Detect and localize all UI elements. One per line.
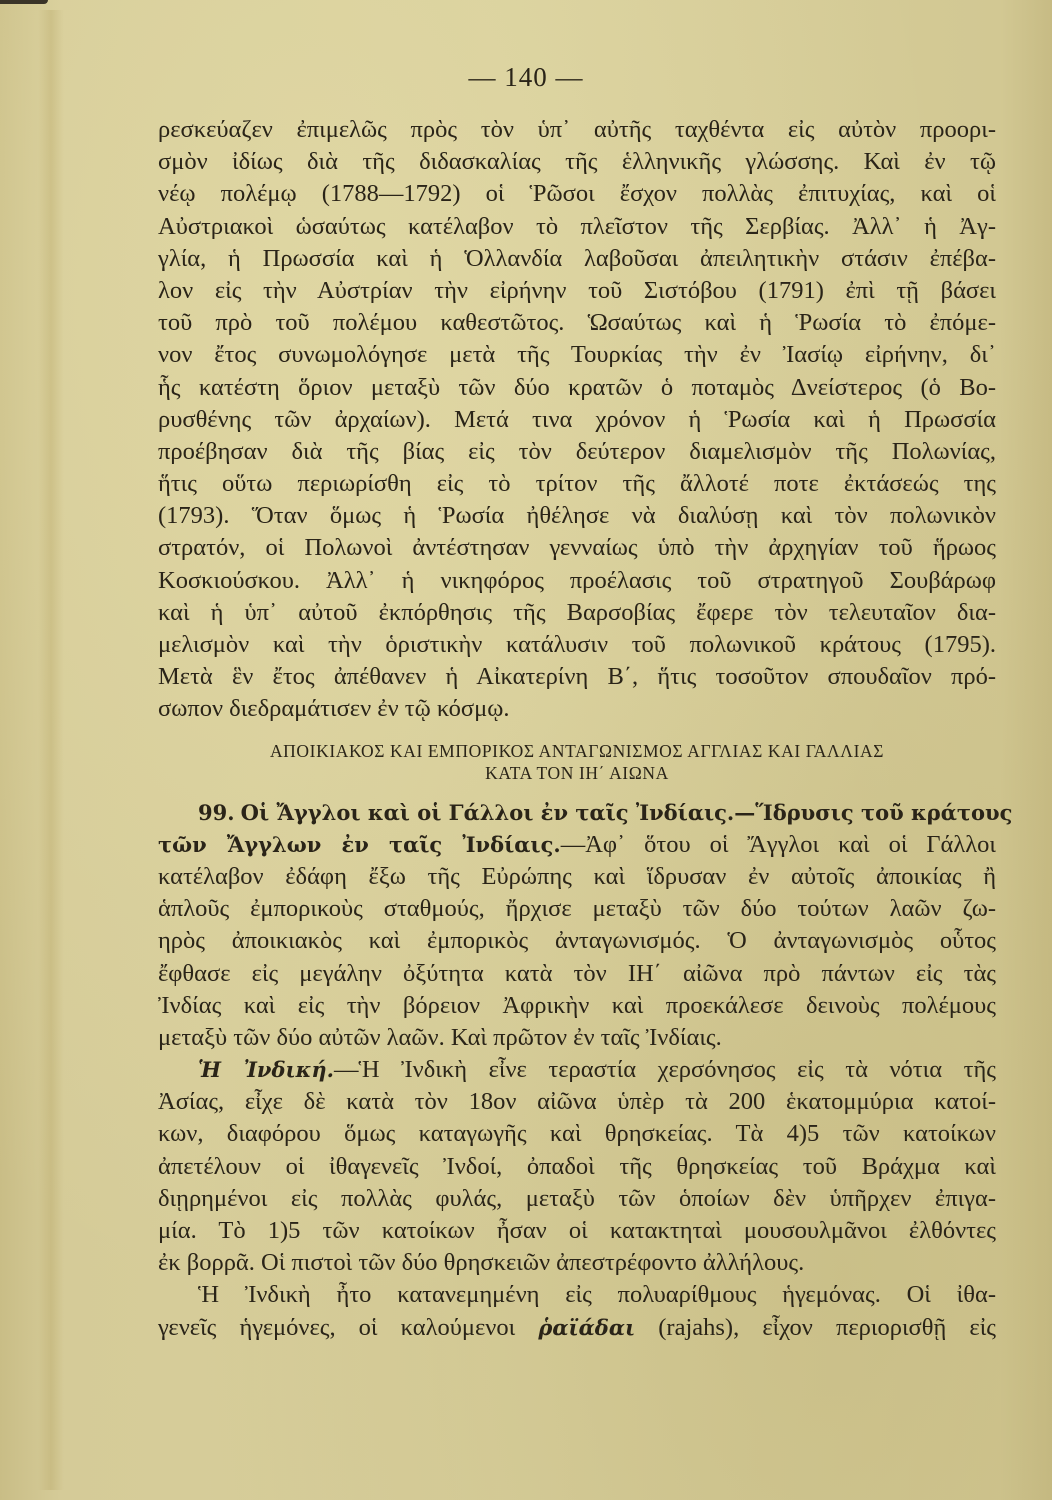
text-line: ηρὸς ἀποικιακὸς καὶ ἐμπορικὸς ἀνταγωνισμ… xyxy=(158,925,996,957)
text-line: σμὸν ἰδίως διὰ τῆς διδασκαλίας τῆς ἑλλην… xyxy=(158,146,996,178)
section-heading-line-1: ΑΠΟΙΚΙΑΚΟΣ ΚΑΙ ΕΜΠΟΡΙΚΟΣ ΑΝΤΑΓΩΝΙΣΜΟΣ ΑΓ… xyxy=(158,740,996,762)
text-line: ἥτις οὕτω περιωρίσθη εἰς τὸ τρίτον τῆς ἄ… xyxy=(158,468,996,500)
text-line: τῶν Ἄγγλων ἐν ταῖς Ἰνδίαις.—Ἀφ᾽ ὅτου οἱ … xyxy=(158,829,996,861)
text-line: ρεσκεύαζεν ἐπιμελῶς πρὸς τὸν ὑπ᾽ αὐτῆς τ… xyxy=(158,114,996,146)
paper-stain xyxy=(38,10,64,1490)
paragraph-99: 99. Οἱ Ἄγγλοι καὶ οἱ Γάλλοι ἐν ταῖς Ἰνδί… xyxy=(158,797,996,1055)
text-line: νέῳ πολέμῳ (1788—1792) οἱ Ῥῶσοι ἔσχον πο… xyxy=(158,178,996,210)
paragraph-rulers: Ἡ Ἰνδικὴ ἦτο κατανεμημένη εἰς πολυαρίθμο… xyxy=(158,1279,996,1343)
text-line: ἐκ βορρᾶ. Οἱ πιστοὶ τῶν δύο θρησκειῶν ἀπ… xyxy=(158,1247,996,1279)
text-line: λον εἰς τὴν Αὐστρίαν τὴν εἰρήνην τοῦ Σισ… xyxy=(158,275,996,307)
text-line: ἧς κατέστη ὅριον μεταξὺ τῶν δύο κρατῶν ὁ… xyxy=(158,372,996,404)
text-line: ἀπετέλουν οἱ ἰθαγενεῖς Ἰνδοί, ὀπαδοὶ τῆς… xyxy=(158,1151,996,1183)
text-line: νον ἔτος συνωμολόγησε μετὰ τῆς Τουρκίας … xyxy=(158,339,996,371)
text-line: τοῦ πρὸ τοῦ πολέμου καθεστῶτος. Ὡσαύτως … xyxy=(158,307,996,339)
text-line: κατέλαβον ἐδάφη ἔξω τῆς Εὐρώπης καὶ ἵδρυ… xyxy=(158,861,996,893)
text-line: (1793). Ὅταν ὅμως ἡ Ῥωσία ἠθέλησε νὰ δια… xyxy=(158,500,996,532)
text-line: διῃρημένοι εἰς πολλὰς φυλάς, μεταξὺ τῶν … xyxy=(158,1183,996,1215)
section-heading: ΑΠΟΙΚΙΑΚΟΣ ΚΑΙ ΕΜΠΟΡΙΚΟΣ ΑΝΤΑΓΩΝΙΣΜΟΣ ΑΓ… xyxy=(158,740,996,784)
text-line: προέβησαν διὰ τῆς βίας εἰς τὸν δεύτερον … xyxy=(158,436,996,468)
text-run: γενεῖς ἡγεμόνες, οἱ καλούμενοι xyxy=(158,1314,515,1341)
text-line: Ἰνδίας καὶ εἰς τὴν βόρειον Ἀφρικὴν καὶ π… xyxy=(158,990,996,1022)
paragraph-number: 99. xyxy=(198,800,235,825)
page-number: — 140 — xyxy=(0,62,1052,93)
subsection-title: Ἡ Ἰνδική. xyxy=(198,1057,334,1082)
text-run: —Ἀφ᾽ ὅτου οἱ Ἄγγλοι καὶ οἱ Γάλλοι xyxy=(561,831,996,858)
text-line: στρατόν, οἱ Πολωνοὶ ἀντέστησαν γενναίως … xyxy=(158,532,996,564)
paragraph-catherine-reign: ρεσκεύαζεν ἐπιμελῶς πρὸς τὸν ὑπ᾽ αὐτῆς τ… xyxy=(158,114,996,726)
scanned-book-page: — 140 — ρεσκεύαζεν ἐπιμελῶς πρὸς τὸν ὑπ᾽… xyxy=(0,0,1052,1500)
text-line: καὶ ἡ ὑπ᾽ αὐτοῦ ἐκπόρθησις τῆς Βαρσοβίας… xyxy=(158,597,996,629)
text-line: μία. Τὸ 1)5 τῶν κατοίκων ἦσαν οἱ κατακτη… xyxy=(158,1215,996,1247)
text-line: Ἀσίας, εἶχε δὲ κατὰ τὸν 18ον αἰῶνα ὑπὲρ … xyxy=(158,1086,996,1118)
corner-mark xyxy=(0,0,48,4)
text-line: 99. Οἱ Ἄγγλοι καὶ οἱ Γάλλοι ἐν ταῖς Ἰνδί… xyxy=(158,797,996,829)
text-line: μελισμὸν καὶ τὴν ὁριστικὴν κατάλυσιν τοῦ… xyxy=(158,629,996,661)
text-line: ἁπλοῦς ἐμπορικοὺς σταθμούς, ἤρχισε μεταξ… xyxy=(158,893,996,925)
text-line: Μετὰ ἓν ἔτος ἀπέθανεν ἡ Αἰκατερίνη Β΄, ἥ… xyxy=(158,661,996,693)
text-run: —Ἡ Ἰνδικὴ εἶνε τεραστία χερσόνησος εἰς τ… xyxy=(334,1056,996,1083)
term-rajahs: ῥαϊάδαι xyxy=(538,1315,635,1340)
body-text: ρεσκεύαζεν ἐπιμελῶς πρὸς τὸν ὑπ᾽ αὐτῆς τ… xyxy=(158,114,996,1344)
text-line: κων, διαφόρου ὅμως καταγωγῆς καὶ θρησκεί… xyxy=(158,1118,996,1150)
paragraph-india: Ἡ Ἰνδική.—Ἡ Ἰνδικὴ εἶνε τεραστία χερσόνη… xyxy=(158,1054,996,1279)
text-line: Ἡ Ἰνδική.—Ἡ Ἰνδικὴ εἶνε τεραστία χερσόνη… xyxy=(158,1054,996,1086)
section-heading-line-2: ΚΑΤΑ ΤΟΝ ΙΗ΄ ΑΙΩΝΑ xyxy=(158,762,996,784)
text-line: σωπον διεδραμάτισεν ἐν τῷ κόσμῳ. xyxy=(158,693,996,725)
text-line: Αὐστριακοὶ ὡσαύτως κατέλαβον τὸ πλεῖστον… xyxy=(158,211,996,243)
paragraph-title: Οἱ Ἄγγλοι καὶ οἱ Γάλλοι ἐν ταῖς Ἰνδίαις.… xyxy=(241,800,1013,825)
text-line: Κοσκιούσκου. Ἀλλ᾽ ἡ νικηφόρος προέλασις … xyxy=(158,565,996,597)
text-line: γενεῖς ἡγεμόνες, οἱ καλούμενοι ῥαϊάδαι (… xyxy=(158,1312,996,1344)
text-line: ρυσθένης τῶν ἀρχαίων). Μετά τινα χρόνον … xyxy=(158,404,996,436)
text-line: Ἡ Ἰνδικὴ ἦτο κατανεμημένη εἰς πολυαρίθμο… xyxy=(158,1279,996,1311)
text-line: γλία, ἡ Πρωσσία καὶ ἡ Ὁλλανδία λαβοῦσαι … xyxy=(158,243,996,275)
text-run: (rajahs), εἶχον περιορισθῇ εἰς xyxy=(658,1314,996,1341)
paragraph-subtitle: τῶν Ἄγγλων ἐν ταῖς Ἰνδίαις. xyxy=(158,832,561,857)
text-line: μεταξὺ τῶν δύο αὐτῶν λαῶν. Καὶ πρῶτον ἐν… xyxy=(158,1022,996,1054)
text-line: ἔφθασε εἰς μεγάλην ὀξύτητα κατὰ τὸν ΙΗ΄ … xyxy=(158,958,996,990)
